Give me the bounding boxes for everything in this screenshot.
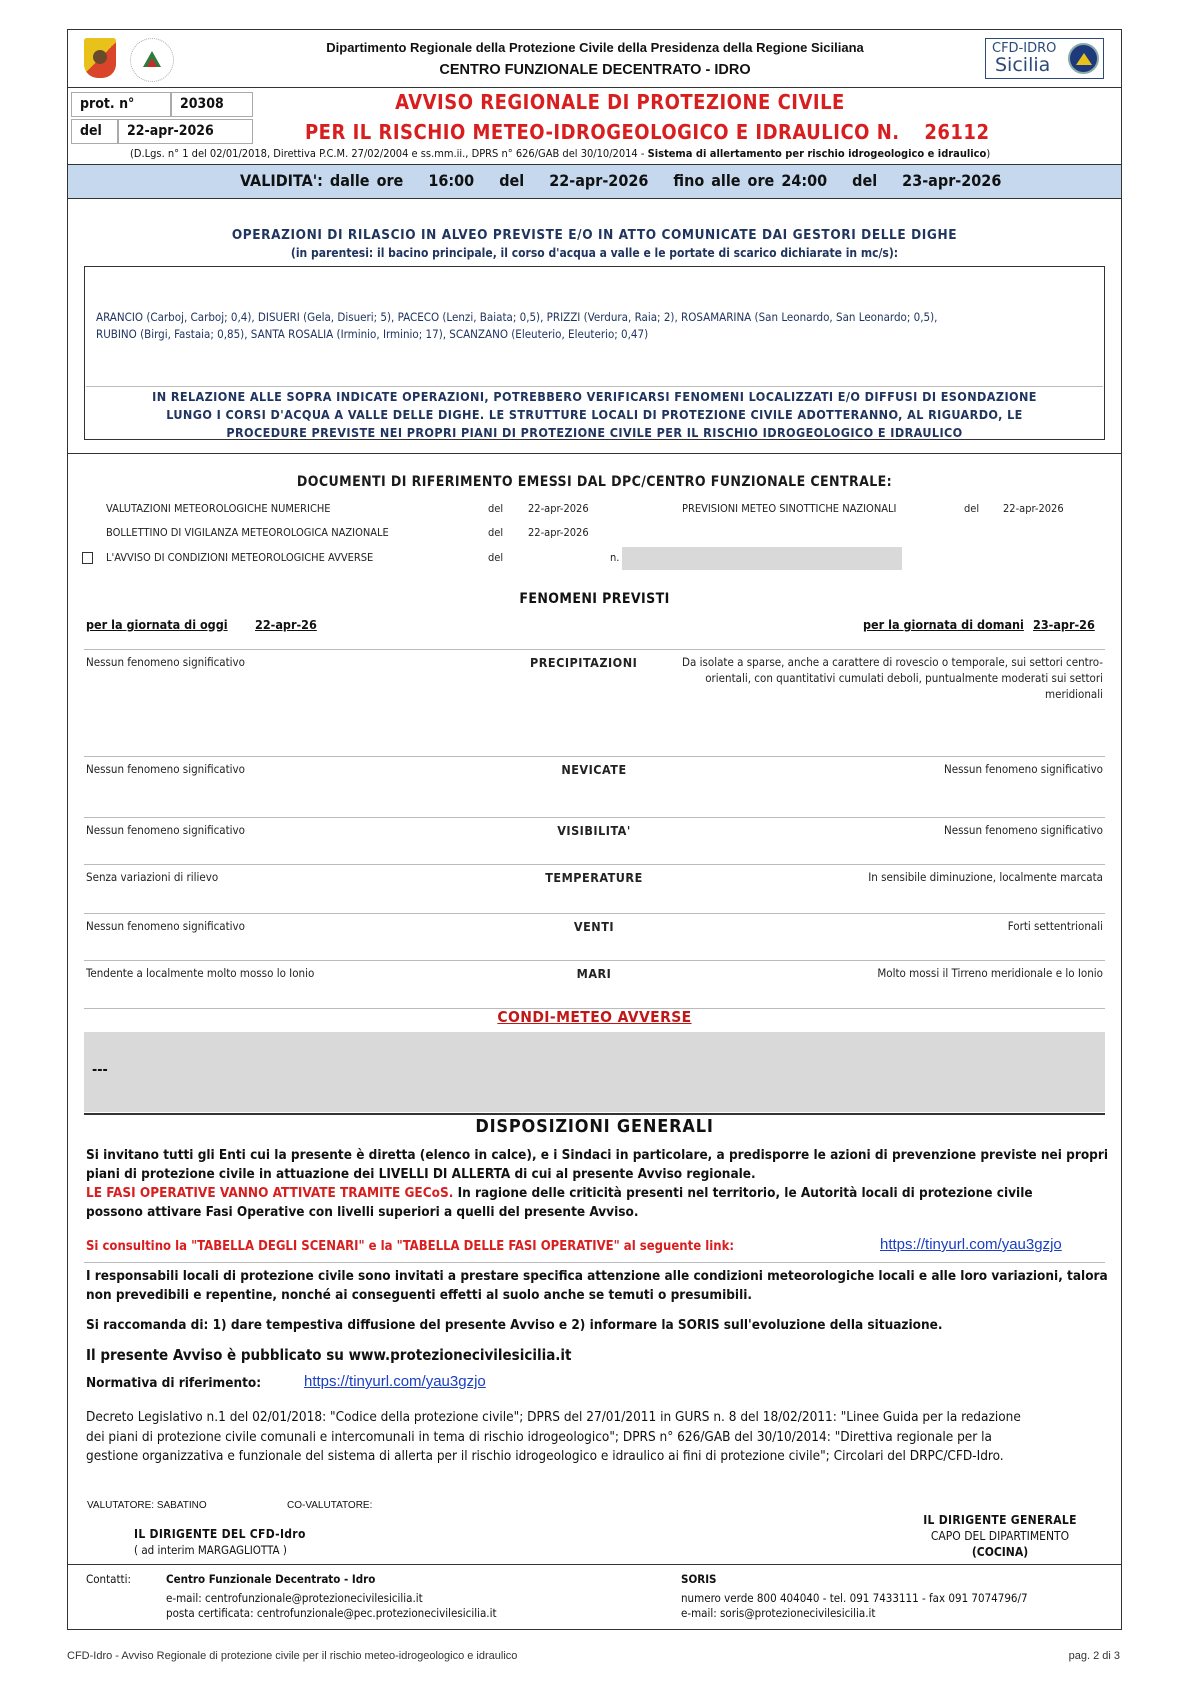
today-label: per la giornata di oggi — [86, 617, 228, 632]
soris-phone: numero verde 800 404040 - tel. 091 74331… — [681, 1591, 1028, 1605]
cfd-idro-logo: CFD-IDRO Sicilia — [985, 38, 1104, 79]
tables-text: Si consultino la "TABELLA DEGLI SCENARI"… — [86, 1237, 734, 1256]
phenomena-tomorrow-value-line: meridionali — [650, 687, 1103, 701]
general-p2-rest: In ragione delle criticità presenti nel … — [453, 1185, 1032, 1201]
cfd-head-title: IL DIRIGENTE DEL CFD-Idro — [134, 1527, 306, 1541]
dams-warning-line1: IN RELAZIONE ALLE SOPRA INDICATE OPERAZI… — [84, 388, 1105, 406]
contacts-label: Contatti: — [86, 1572, 131, 1586]
dams-list-line2: RUBINO (Birgi, Fastaia; 0,85), SANTA ROS… — [96, 327, 1106, 341]
phenomena-today-value: Nessun fenomeno significativo — [86, 919, 245, 933]
validity-del2: del — [852, 171, 877, 190]
phenomena-tomorrow-value-line: orientali, con quantitativi cumulati deb… — [650, 671, 1103, 685]
cfd-contact-name: Centro Funzionale Decentrato - Idro — [166, 1572, 375, 1586]
tomorrow-label: per la giornata di domani — [863, 617, 1024, 632]
prot-number: 20308 — [171, 92, 253, 117]
dams-subtitle: (in parentesi: il bacino principale, il … — [68, 246, 1121, 260]
phenomena-row-divider — [84, 649, 1105, 650]
phenomena-today-value: Nessun fenomeno significativo — [86, 823, 245, 837]
phenomena-tomorrow-value: In sensibile diminuzione, localmente mar… — [700, 870, 1103, 884]
dams-list-line1: ARANCIO (Carboj, Carboj; 0,4), DISUERI (… — [96, 310, 1106, 324]
validity-to-date: 23-apr-2026 — [902, 171, 1001, 190]
phenomena-today-value: Senza variazioni di rilievo — [86, 870, 218, 884]
doc-row-1-date: 22-apr-2026 — [528, 502, 589, 515]
general-p1-line1: Si invitano tutti gli Enti cui la presen… — [86, 1146, 1116, 1165]
del-date: 22-apr-2026 — [118, 119, 253, 144]
phenomena-today-value: Tendente a localmente molto mosso lo Ion… — [86, 966, 314, 980]
general-p3-line2: non prevedibili e repentine, nonché ai c… — [86, 1286, 1116, 1305]
contacts-divider — [68, 1564, 1121, 1565]
published-note: Il presente Avviso è pubblicato su www.p… — [86, 1346, 572, 1365]
adverse-divider — [84, 1113, 1105, 1115]
header-divider — [68, 87, 1121, 88]
dams-warning-line2: LUNGO I CORSI D'ACQUA A VALLE DELLE DIGH… — [84, 406, 1105, 424]
validity-from-time: 16:00 — [428, 171, 474, 190]
general-head-role: CAPO DEL DIPARTIMENTO — [880, 1529, 1120, 1543]
legal-reference: (D.Lgs. n° 1 del 02/01/2018, Direttiva P… — [130, 147, 1120, 160]
doc-row-1-del: del — [488, 502, 503, 515]
doc-row-3-label: L'AVVISO DI CONDIZIONI METEOROLOGICHE AV… — [106, 551, 373, 564]
adverse-content-box: --- — [84, 1032, 1105, 1112]
legal-ref-bold: Sistema di allertamento per rischio idro… — [648, 147, 987, 160]
norm-label: Normativa di riferimento: — [86, 1374, 261, 1393]
notice-number: 26112 — [924, 120, 989, 144]
phenomena-tomorrow-value-line: Da isolate a sparse, anche a carattere d… — [650, 655, 1103, 669]
norm-line1: Decreto Legislativo n.1 del 02/01/2018: … — [86, 1408, 1116, 1428]
phenomena-type: MARI — [494, 966, 694, 981]
notice-title-line1: AVVISO REGIONALE DI PROTEZIONE CIVILE — [260, 90, 980, 114]
tomorrow-date: 23-apr-26 — [1033, 617, 1095, 632]
phenomena-tomorrow-value: Forti settentrionali — [700, 919, 1103, 933]
del-label: del — [71, 119, 118, 144]
doc-row-2-del: del — [488, 526, 503, 539]
phenomena-type: VISIBILITA' — [494, 823, 694, 838]
validity-from-date: 22-apr-2026 — [549, 171, 648, 190]
cfd-contact-email: e-mail: centrofunzionale@protezionecivil… — [166, 1591, 423, 1605]
prot-label: prot. n° — [71, 92, 171, 117]
general-title: DISPOSIZIONI GENERALI — [68, 1116, 1121, 1137]
validity-text: VALIDITA': dalle ore 16:00 del 22-apr-20… — [240, 171, 1001, 190]
co-evaluator: CO-VALUTATORE: — [287, 1500, 372, 1511]
phenomena-row-divider — [84, 817, 1105, 818]
doc-row-1-label: VALUTAZIONI METEOROLOGICHE NUMERICHE — [106, 502, 331, 515]
phenomena-type: PRECIPITAZIONI — [530, 655, 637, 670]
today-date: 22-apr-26 — [255, 617, 317, 632]
general-divider — [84, 1262, 1105, 1263]
protezione-civile-logo-icon — [130, 38, 174, 82]
validity-del1: del — [499, 171, 524, 190]
soris-email: e-mail: soris@protezionecivilesicilia.it — [681, 1606, 875, 1620]
dams-warning: IN RELAZIONE ALLE SOPRA INDICATE OPERAZI… — [84, 388, 1105, 442]
phenomena-today-value: Nessun fenomeno significativo — [86, 655, 245, 669]
tables-link[interactable]: https://tinyurl.com/yau3gzjo — [880, 1236, 1062, 1253]
norm-text: Decreto Legislativo n.1 del 02/01/2018: … — [86, 1408, 1116, 1467]
notice-title-text: PER IL RISCHIO METEO-IDROGEOLOGICO E IDR… — [305, 120, 900, 144]
phenomena-type: VENTI — [494, 919, 694, 934]
phenomena-row-divider — [84, 913, 1105, 914]
dams-section-divider — [68, 453, 1121, 454]
dams-warning-line3: PROCEDURE PREVISTE NEI PROPRI PIANI DI P… — [84, 424, 1105, 442]
footer-text: CFD-Idro - Avviso Regionale di protezion… — [67, 1650, 517, 1662]
adverse-content: --- — [92, 1062, 108, 1078]
norm-line2: dei piani di protezione civile comunali … — [86, 1428, 1116, 1448]
phenomena-tomorrow-value: Nessun fenomeno significativo — [700, 823, 1103, 837]
doc-right-del: del — [964, 502, 979, 515]
page-number: pag. 2 di 3 — [1000, 1650, 1120, 1662]
doc-right-date: 22-apr-2026 — [1003, 502, 1064, 515]
norm-line3: gestione organizzativa e funzionale del … — [86, 1447, 1116, 1467]
doc-right-label: PREVISIONI METEO SINOTTICHE NAZIONALI — [682, 502, 896, 515]
general-paragraph-3: I responsabili locali di protezione civi… — [86, 1267, 1116, 1305]
general-paragraph-1: Si invitano tutti gli Enti cui la presen… — [86, 1146, 1116, 1222]
norm-link[interactable]: https://tinyurl.com/yau3gzjo — [304, 1373, 486, 1390]
general-paragraph-4: Si raccomanda di: 1) dare tempestiva dif… — [86, 1316, 943, 1335]
phenomena-row-divider — [84, 756, 1105, 757]
phenomena-tomorrow-value: Nessun fenomeno significativo — [700, 762, 1103, 776]
phenomena-today-value: Nessun fenomeno significativo — [86, 762, 245, 776]
validity-bar: VALIDITA': dalle ore 16:00 del 22-apr-20… — [68, 164, 1121, 199]
phenomena-type: NEVICATE — [494, 762, 694, 777]
general-p1-line2: piani di protezione civile in attuazione… — [86, 1165, 1116, 1184]
cfd-head-name: ( ad interim MARGAGLIOTTA ) — [134, 1543, 287, 1557]
notice-title-line2: PER IL RISCHIO METEO-IDROGEOLOGICO E IDR… — [305, 120, 989, 144]
doc-row-2-label: BOLLETTINO DI VIGILANZA METEOROLOGICA NA… — [106, 526, 389, 539]
evaluator: VALUTATORE: SABATINO — [87, 1500, 207, 1511]
doc-row-2-date: 22-apr-2026 — [528, 526, 589, 539]
general-p2-red: LE FASI OPERATIVE VANNO ATTIVATE TRAMITE… — [86, 1185, 453, 1201]
general-head-title: IL DIRIGENTE GENERALE — [880, 1513, 1120, 1527]
adverse-notice-checkbox[interactable] — [82, 552, 93, 564]
doc-row-3-n: n. — [610, 551, 619, 564]
documents-title: DOCUMENTI DI RIFERIMENTO EMESSI DAL DPC/… — [68, 474, 1121, 490]
soris-name: SORIS — [681, 1572, 717, 1586]
regione-siciliana-logo-icon — [84, 38, 116, 78]
centre-name: CENTRO FUNZIONALE DECENTRATO - IDRO — [180, 62, 1010, 78]
general-p3-line1: I responsabili locali di protezione civi… — [86, 1267, 1116, 1286]
legal-ref-end: ) — [986, 147, 990, 160]
department-name: Dipartimento Regionale della Protezione … — [180, 40, 1010, 55]
phenomena-row-divider — [84, 864, 1105, 865]
doc-row-3-del: del — [488, 551, 503, 564]
validity-until: fino alle ore 24:00 — [673, 171, 827, 190]
cfd-logo-line2: Sicilia — [995, 54, 1050, 76]
adverse-title: CONDI-METEO AVVERSE — [68, 1008, 1121, 1026]
phenomena-title: FENOMENI PREVISTI — [68, 591, 1121, 607]
general-p2-line2: possono attivare Fasi Operative con live… — [86, 1203, 1116, 1222]
adverse-notice-number-field — [622, 547, 902, 570]
dams-warning-divider — [86, 386, 1103, 387]
cfd-contact-pec: posta certificata: centrofunzionale@pec.… — [166, 1606, 497, 1620]
dams-title: OPERAZIONI DI RILASCIO IN ALVEO PREVISTE… — [68, 227, 1121, 243]
validity-label: VALIDITA': dalle ore — [240, 171, 403, 190]
general-head-name: (COCINA) — [880, 1545, 1120, 1559]
phenomena-row-divider — [84, 960, 1105, 961]
cfd-seal-icon — [1068, 43, 1099, 74]
phenomena-type: TEMPERATURE — [494, 870, 694, 885]
legal-ref-text: (D.Lgs. n° 1 del 02/01/2018, Direttiva P… — [130, 147, 648, 160]
phenomena-tomorrow-value: Molto mossi il Tirreno meridionale e lo … — [700, 966, 1103, 980]
